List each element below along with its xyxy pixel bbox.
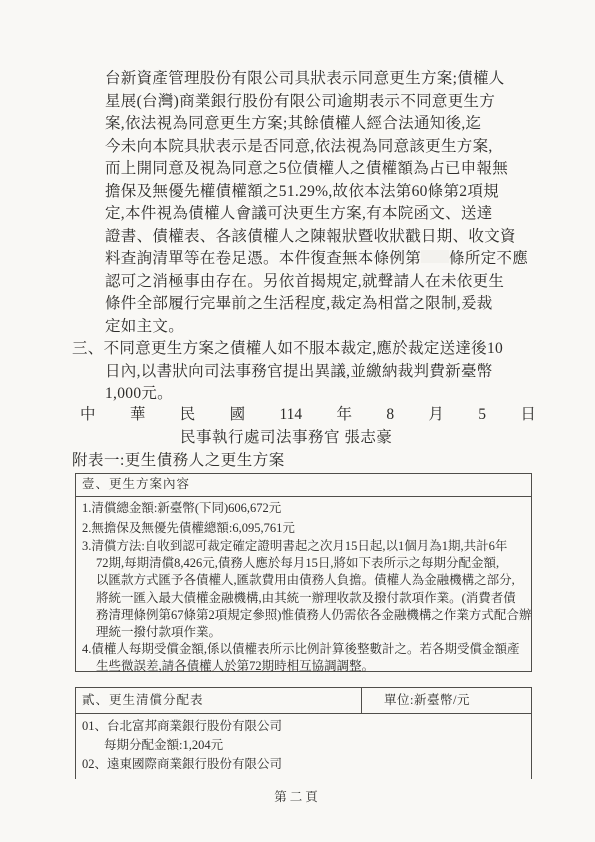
plan-item-3-line: 將統一匯入最大債權金融機構,由其統一辦理收款及撥付款項作業。(消費者債 <box>82 590 527 607</box>
plan-item-4-line: 生些微誤差,請各債權人於第72期時相互協調調整。 <box>82 658 527 675</box>
paragraph-line: 條件全部履行完畢前之生活程度,裁定為相當之限制,爰裁 <box>0 293 595 316</box>
paragraph-line: 台新資產管理股份有限公司具狀表示同意更生方案;債權人 <box>0 68 595 91</box>
page-number: 第二頁 <box>0 787 595 805</box>
date-token: 中 <box>80 404 96 426</box>
plan-item-3-line: 以匯款方式匯予各債權人,匯款費用由債務人負擔。債權人為金融機構之部分, <box>82 572 527 589</box>
date-token: 華 <box>130 404 146 426</box>
plan-item-3-line: 理統一撥付款項作業。 <box>82 624 527 641</box>
distribution-table-header: 貳、更生清償分配表 單位:新臺幣/元 <box>76 688 531 714</box>
paragraph-line: 星展(台灣)商業銀行股份有限公司逾期表示不同意更生方 <box>0 91 595 114</box>
paragraph-text: 條所定不應 <box>449 250 528 267</box>
plan-item-3-line: 3.清償方法:自收到認可裁定確定證明書起之次月15日起,以1個月為1期,共計6年 <box>82 538 527 555</box>
plan-table-body: 1.清償總金額:新臺幣(下同)606,672元 2.無擔保及無優先債權總額:6,… <box>76 497 531 676</box>
paragraph-line: 證書、債權表、各該債權人之陳報狀暨收狀戳日期、收文資 <box>0 226 595 249</box>
paragraph-line: 今未向本院具狀表示是否同意,依法視為同意該更生方案, <box>0 136 595 159</box>
paragraph-line: 認可之消極事由存在。另依首揭規定,就聲請人在未依更生 <box>0 271 595 294</box>
paragraph-line: 而上開同意及視為同意之5位債權人之債權額為占已申報無 <box>0 158 595 181</box>
date-token: 月 <box>428 404 444 426</box>
creditor-row: 02、遠東國際商業銀行股份有限公司 <box>76 755 531 774</box>
distribution-table: 貳、更生清償分配表 單位:新臺幣/元 01、台北富邦商業銀行股份有限公司 每期分… <box>75 687 532 779</box>
date-token-month: 8 <box>386 404 394 426</box>
paragraph-text: 料查詢清單等在卷足憑。本件復查無本條例第 <box>105 250 421 267</box>
date-token-day: 5 <box>478 404 486 426</box>
plan-item-3-line: 72期,每期清償8,426元,債務人應於每月15日,將如下表所示之每期分配金額, <box>82 555 527 572</box>
paragraph-line: 定,本件視為債權人會議可決更生方案,有本院函文、送達 <box>0 203 595 226</box>
plan-item-4-line: 4.債權人每期受償金額,係以債權表所示比例計算後整數計之。若各期受償金額產 <box>82 641 527 658</box>
unit-label: 單位:新臺幣/元 <box>361 688 531 713</box>
paragraph-line: 定如主文。 <box>0 316 595 339</box>
plan-item-2: 2.無擔保及無優先債權總額:6,095,761元 <box>82 519 527 539</box>
section-item-3-line: 1,000元。 <box>0 383 595 406</box>
date-token-year: 114 <box>279 404 302 426</box>
plan-content-table: 壹、更生方案內容 1.清償總金額:新臺幣(下同)606,672元 2.無擔保及無… <box>75 473 532 672</box>
section-item-3-line: 三、不同意更生方案之債權人如不服本裁定,應於裁定送達後10 <box>0 338 595 361</box>
date-token: 民 <box>180 404 196 426</box>
plan-table-header: 壹、更生方案內容 <box>76 474 531 497</box>
paragraph-line: 擔保及無優先權債權額之51.29%,故依本法第60條第2項規 <box>0 181 595 204</box>
judgment-body: 台新資產管理股份有限公司具狀表示同意更生方案;債權人 星展(台灣)商業銀行股份有… <box>0 68 595 406</box>
date-token: 國 <box>230 404 246 426</box>
attachment-title: 附表一:更生債務人之更生方案 <box>72 450 285 472</box>
creditor-amount-row: 每期分配金額:1,204元 <box>76 736 531 755</box>
creditor-row: 01、台北富邦商業銀行股份有限公司 <box>76 717 531 736</box>
document-page: 台新資產管理股份有限公司具狀表示同意更生方案;債權人 星展(台灣)商業銀行股份有… <box>0 0 595 842</box>
date-line: 中 華 民 國 114 年 8 月 5 日 <box>80 404 536 426</box>
signatory-line: 民事執行處司法事務官 張志豪 <box>180 427 392 449</box>
plan-item-3-line: 務清理條例第67條第2項規定參照)惟債務人仍需依各金融機構之作業方式配合辦 <box>82 607 527 624</box>
date-token: 日 <box>520 404 536 426</box>
paragraph-line-with-redaction: 料查詢清單等在卷足憑。本件復查無本條例第條所定不應 <box>0 248 595 271</box>
redaction-box <box>421 250 449 263</box>
section-item-3-line: 日內,以書狀向司法事務官提出異議,並繳納裁判費新臺幣 <box>0 361 595 384</box>
distribution-table-title: 貳、更生清償分配表 <box>76 688 361 713</box>
date-token: 年 <box>336 404 352 426</box>
distribution-table-body: 01、台北富邦商業銀行股份有限公司 每期分配金額:1,204元 02、遠東國際商… <box>76 714 531 774</box>
plan-item-1: 1.清償總金額:新臺幣(下同)606,672元 <box>82 499 527 519</box>
paragraph-line: 案,依法視為同意更生方案;其餘債權人經合法通知後,迄 <box>0 113 595 136</box>
